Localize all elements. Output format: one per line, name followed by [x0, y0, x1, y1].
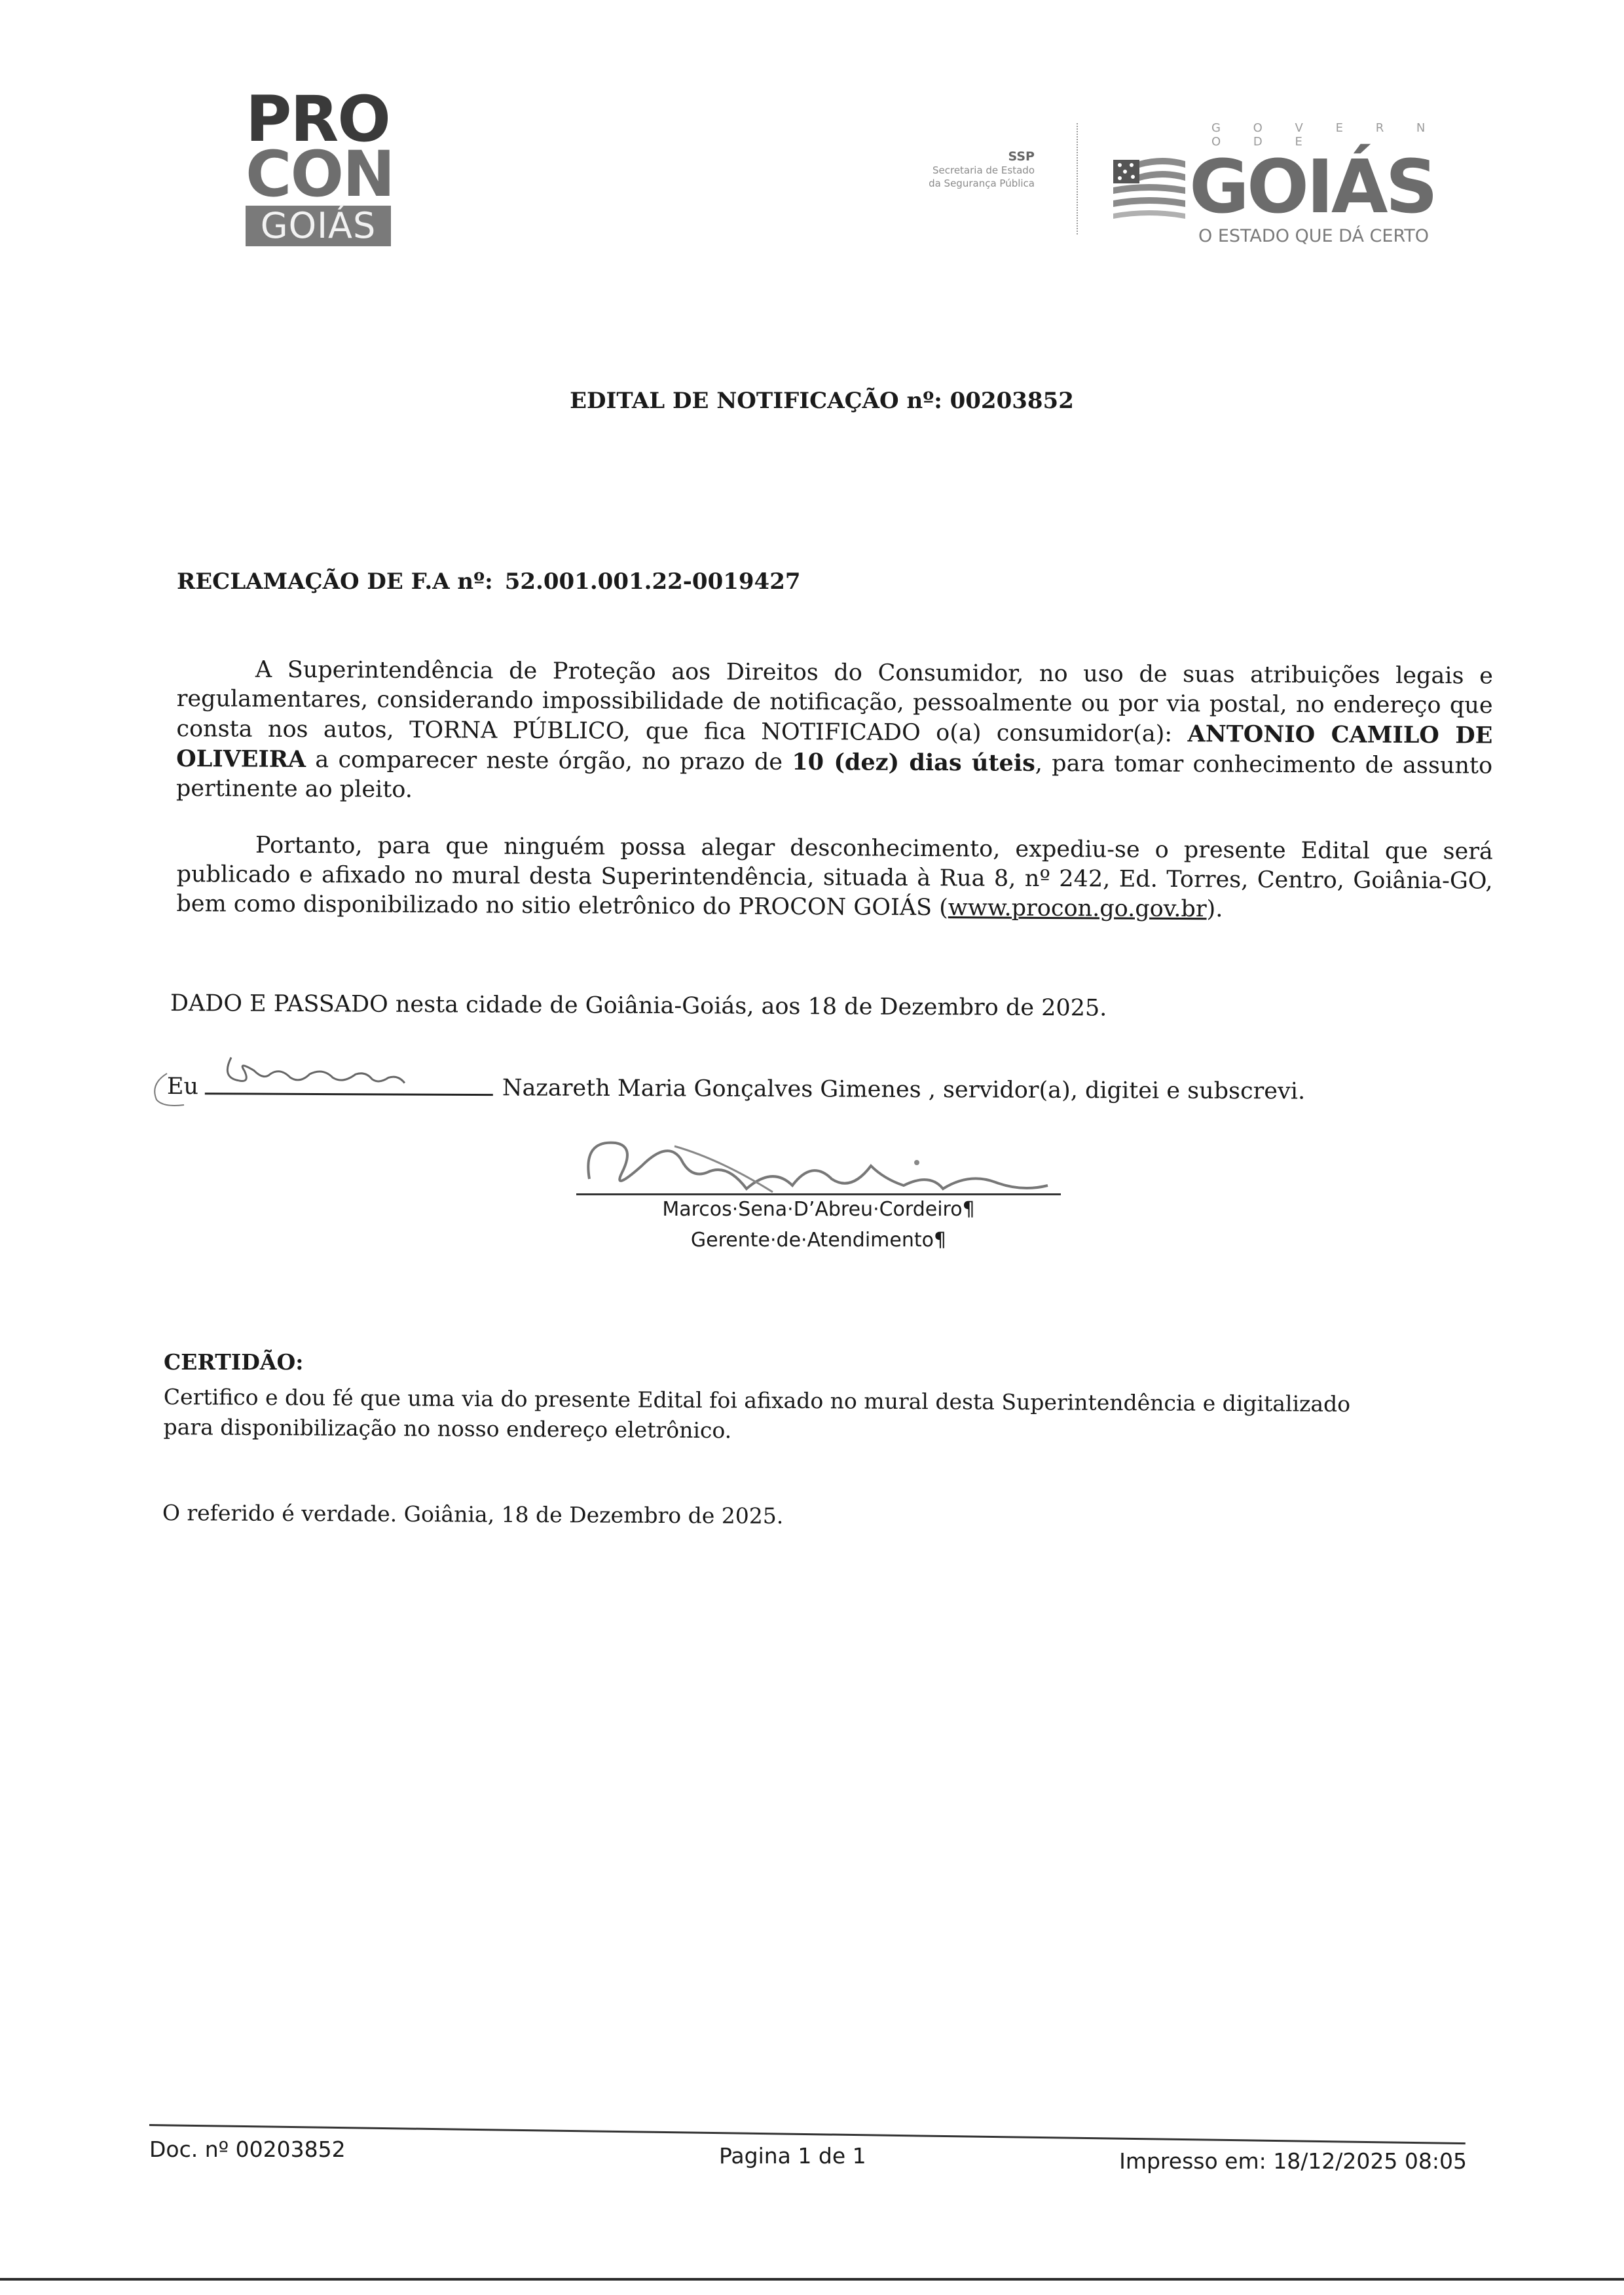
- header-divider: [1077, 123, 1078, 234]
- certidao-title: CERTIDÃO:: [164, 1349, 303, 1375]
- signatory-name: Marcos·Sena·D’Abreu·Cordeiro¶: [576, 1198, 1061, 1221]
- document-page: PRO CON GOIÁS SSP Secretaria de Estado d…: [0, 0, 1624, 2295]
- eu-prefix: Eu: [167, 1073, 198, 1100]
- signatory-block: Marcos·Sena·D’Abreu·Cordeiro¶ Gerente·de…: [576, 1133, 1061, 1252]
- footer-printed-date: Impresso em: 18/12/2025 08:05: [1119, 2148, 1467, 2174]
- scan-edge-line: [0, 2278, 1624, 2281]
- ssp-title: SSP: [871, 149, 1035, 164]
- procon-goias-logo: PRO CON GOIÁS: [246, 92, 399, 246]
- deadline: 10 (dez) dias úteis: [792, 749, 1035, 777]
- dado-passado-line: DADO E PASSADO nesta cidade de Goiânia-G…: [170, 990, 1107, 1021]
- footer-doc-number: Doc. nº 00203852: [149, 2136, 346, 2162]
- reclamacao-label: RECLAMAÇÃO DE F.A nº:: [177, 569, 493, 595]
- certidao-closing: O referido é verdade. Goiânia, 18 de Dez…: [162, 1500, 784, 1529]
- typist-signature-icon: [218, 1051, 428, 1097]
- footer-divider: [149, 2124, 1466, 2144]
- typist-signature-line: [205, 1066, 493, 1096]
- footer-page-number: Pagina 1 de 1: [719, 2143, 866, 2169]
- goias-flag-icon: [1113, 155, 1185, 220]
- document-title: EDITAL DE NOTIFICAÇÃO nº: 00203852: [0, 388, 1624, 414]
- typist-line: Eu Nazareth Maria Gonçalves Gimenes , se…: [167, 1066, 1306, 1105]
- notification-paragraph: A Superintendência de Proteção aos Direi…: [176, 655, 1493, 811]
- typist-name: Nazareth Maria Gonçalves Gimenes , servi…: [502, 1075, 1305, 1104]
- reclamacao-number: 52.001.001.22-0019427: [505, 569, 801, 595]
- signatory-signature-icon: [576, 1133, 1061, 1199]
- logo-con-text: CON: [246, 147, 399, 202]
- ssp-line-1: Secretaria de Estado: [871, 164, 1035, 177]
- logo-goias-band: GOIÁS: [246, 206, 391, 246]
- goias-name: GOIÁS: [1189, 151, 1435, 223]
- certidao-body: Certifico e dou fé que uma via do presen…: [163, 1382, 1395, 1449]
- ssp-line-2: da Segurança Pública: [871, 177, 1035, 190]
- signatory-role: Gerente·de·Atendimento¶: [576, 1229, 1061, 1252]
- procon-website-link[interactable]: www.procon.go.gov.br: [948, 895, 1207, 922]
- governo-goias-logo: G O V E R N O D E GOIÁS O ESTADO QUE DÁ …: [1113, 121, 1467, 246]
- ssp-block: SSP Secretaria de Estado da Segurança Pú…: [871, 149, 1035, 190]
- reclamacao-line: RECLAMAÇÃO DE F.A nº:52.001.001.22-00194…: [177, 569, 801, 595]
- goias-tagline: O ESTADO QUE DÁ CERTO: [1198, 226, 1467, 246]
- publication-paragraph: Portanto, para que ninguém possa alegar …: [176, 830, 1493, 926]
- signature-rule: [576, 1193, 1061, 1195]
